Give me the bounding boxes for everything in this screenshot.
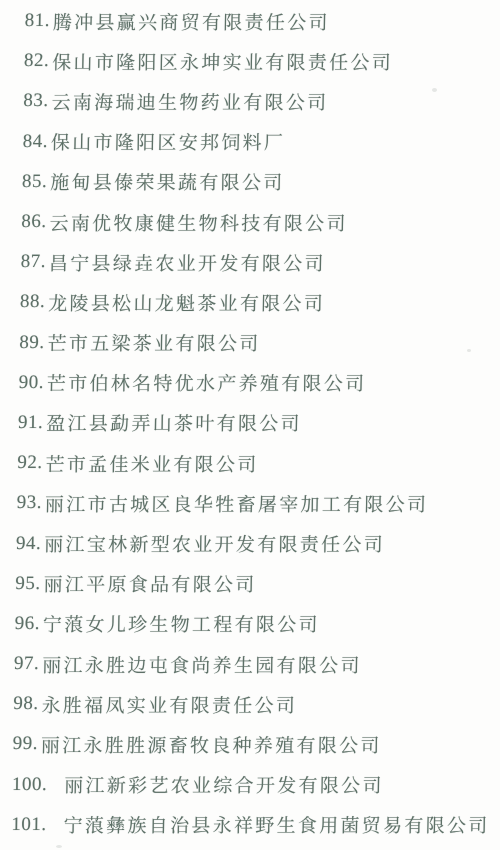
scan-speck: [432, 88, 437, 92]
item-number: 89.: [19, 332, 45, 354]
list-item: 101. 宁蒗彝族自治县永祥野生食用菌贸易有限公司: [0, 805, 487, 845]
company-name: 芒市孟佳米业有限公司: [45, 450, 258, 477]
item-number: 84.: [22, 131, 48, 153]
company-name: 腾冲县赢兴商贸有限责任公司: [53, 8, 330, 35]
list-item: 85. 施甸县傣荣果蔬有限公司: [0, 162, 497, 202]
item-number: 88.: [20, 291, 46, 313]
list-item: 89. 芒市五梁茶业有限公司: [0, 323, 495, 363]
list-item: 84. 保山市隆阳区安邦饲料厂: [0, 122, 498, 162]
company-name: 芒市五梁茶业有限公司: [47, 329, 260, 356]
company-name: 芒市伯林名特优水产养殖有限公司: [47, 369, 367, 396]
company-name: 昌宁县绿垚农业开发有限公司: [49, 249, 326, 276]
list-item: 88. 龙陵县松山龙魁茶业有限公司: [0, 282, 495, 322]
company-list: 81. 腾冲县赢兴商贸有限责任公司 82. 保山市隆阳区永坤实业有限责任公司 8…: [0, 1, 500, 845]
item-number: 96.: [14, 613, 40, 635]
scan-speck: [467, 349, 471, 352]
company-name: 云南优牧康健生物科技有限公司: [49, 209, 348, 236]
company-name: 宁蒗彝族自治县永祥野生食用菌贸易有限公司: [63, 811, 489, 838]
company-name: 丽江市古城区良华牲畜屠宰加工有限公司: [45, 490, 429, 517]
scanned-document-page: 81. 腾冲县赢兴商贸有限责任公司 82. 保山市隆阳区永坤实业有限责任公司 8…: [0, 0, 500, 850]
company-name: 龙陵县松山龙魁茶业有限公司: [48, 289, 325, 316]
item-number: 92.: [17, 452, 43, 474]
item-number: 93.: [16, 492, 42, 514]
item-number: 98.: [13, 693, 39, 715]
list-item: 82. 保山市隆阳区永坤实业有限责任公司: [0, 41, 499, 81]
item-number: 99.: [12, 733, 38, 755]
scan-speck: [56, 845, 62, 848]
list-item: 86. 云南优牧康健生物科技有限公司: [0, 202, 497, 242]
item-number: 101.: [11, 814, 47, 836]
list-item: 95. 丽江平原食品有限公司: [0, 564, 491, 604]
list-item: 87. 昌宁县绿垚农业开发有限公司: [0, 242, 496, 282]
list-item: 92. 芒市孟佳米业有限公司: [0, 443, 493, 483]
list-item: 97. 丽江永胜边屯食尚养生园有限公司: [0, 644, 489, 684]
list-item: 96. 宁蒗女儿珍生物工程有限公司: [0, 604, 490, 644]
company-name: 保山市隆阳区安邦饲料厂: [51, 128, 286, 155]
list-item: 83. 云南海瑞迪生物药业有限公司: [0, 81, 499, 121]
company-name: 云南海瑞迪生物药业有限公司: [51, 88, 328, 115]
list-item: 81. 腾冲县赢兴商贸有限责任公司: [0, 1, 500, 41]
list-item: 99. 丽江永胜胜源畜牧良种养殖有限公司: [0, 724, 488, 764]
item-number: 100.: [12, 774, 48, 796]
list-item: 90. 芒市伯林名特优水产养殖有限公司: [0, 363, 494, 403]
item-number: 83.: [23, 90, 49, 112]
company-name: 丽江宝林新型农业开发有限责任公司: [44, 530, 385, 557]
item-number: 82.: [24, 50, 50, 72]
list-item: 100. 丽江新彩艺农业综合开发有限公司: [0, 765, 487, 805]
list-item: 94. 丽江宝林新型农业开发有限责任公司: [0, 523, 491, 563]
company-name: 盈江县勐弄山茶叶有限公司: [46, 409, 302, 436]
company-name: 宁蒗女儿珍生物工程有限公司: [43, 610, 320, 637]
item-number: 90.: [18, 372, 44, 394]
item-number: 81.: [24, 10, 50, 32]
list-item: 93. 丽江市古城区良华牲畜屠宰加工有限公司: [0, 483, 492, 523]
company-name: 丽江新彩艺农业综合开发有限公司: [64, 771, 384, 798]
item-number: 85.: [22, 171, 48, 193]
company-name: 保山市隆阳区永坤实业有限责任公司: [52, 48, 393, 75]
item-number: 97.: [14, 653, 40, 675]
company-name: 永胜福凤实业有限责任公司: [41, 691, 297, 718]
list-item: 91. 盈江县勐弄山茶叶有限公司: [0, 403, 493, 443]
item-number: 87.: [20, 251, 46, 273]
item-number: 95.: [15, 573, 41, 595]
list-item: 98. 永胜福凤实业有限责任公司: [0, 684, 489, 724]
company-name: 施甸县傣荣果蔬有限公司: [50, 168, 285, 195]
company-name: 丽江平原食品有限公司: [43, 570, 256, 597]
item-number: 91.: [18, 412, 44, 434]
company-name: 丽江永胜胜源畜牧良种养殖有限公司: [41, 731, 382, 758]
company-name: 丽江永胜边屯食尚养生园有限公司: [42, 651, 362, 678]
item-number: 94.: [16, 533, 42, 555]
item-number: 86.: [21, 211, 47, 233]
